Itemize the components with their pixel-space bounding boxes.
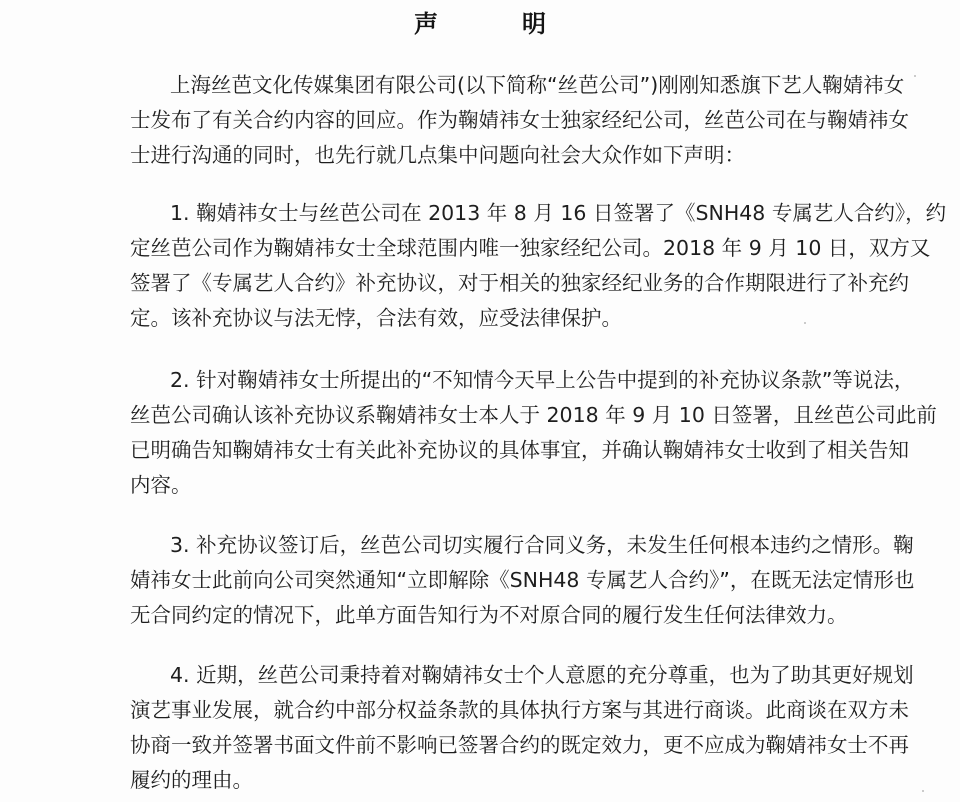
point-1-line-1: 1. 鞠婧祎女士与丝芭公司在 2013 年 8 月 16 日签署了《SNH48 … xyxy=(170,200,785,226)
scan-speck xyxy=(914,75,916,77)
point-1-line-4: 定。该补充协议与法无悖，合法有效，应受法律保护。 xyxy=(130,305,785,331)
point-3-line-1: 3. 补充协议签订后，丝芭公司切实履行合同义务，未发生任何根本违约之情形。鞠 xyxy=(170,532,785,558)
point-1-line-3: 签署了《专属艺人合约》补充协议，对于相关的独家经纪业务的合作期限进行了补充约 xyxy=(130,270,785,296)
document-title: 声 明 xyxy=(0,4,960,39)
point-2-line-4: 内容。 xyxy=(130,472,785,498)
document-page: 声 明 上海丝芭文化传媒集团有限公司(以下简称“丝芭公司”)刚刚知悉旗下艺人鞠婧… xyxy=(0,0,960,802)
point-1-line-2: 定丝芭公司作为鞠婧祎女士全球范围内唯一独家经纪公司。2018 年 9 月 10 … xyxy=(130,235,785,261)
scan-speck xyxy=(804,322,806,324)
point-4-line-1: 4. 近期，丝芭公司秉持着对鞠婧祎女士个人意愿的充分尊重，也为了助其更好规划 xyxy=(170,662,785,688)
point-2-line-2: 丝芭公司确认该补充协议系鞠婧祎女士本人于 2018 年 9 月 10 日签署，且… xyxy=(130,402,785,428)
intro-line-2: 士发布了有关合约内容的回应。作为鞠婧祎女士独家经纪公司，丝芭公司在与鞠婧祎女 xyxy=(130,107,785,133)
scan-speck xyxy=(922,790,924,792)
point-3-line-2: 婧祎女士此前向公司突然通知“立即解除《SNH48 专属艺人合约》”，在既无法定情… xyxy=(130,567,785,593)
intro-line-3: 士进行沟通的同时，也先行就几点集中问题向社会大众作如下声明： xyxy=(130,142,785,168)
intro-line-1: 上海丝芭文化传媒集团有限公司(以下简称“丝芭公司”)刚刚知悉旗下艺人鞠婧祎女 xyxy=(170,72,785,98)
point-4-line-3: 协商一致并签署书面文件前不影响已签署合约的既定效力，更不应成为鞠婧祎女士不再 xyxy=(130,732,785,758)
point-2-line-3: 已明确告知鞠婧祎女士有关此补充协议的具体事宜，并确认鞠婧祎女士收到了相关告知 xyxy=(130,437,785,463)
point-4-line-2: 演艺事业发展，就合约中部分权益条款的具体执行方案与其进行商谈。此商谈在双方未 xyxy=(130,697,785,723)
point-3-line-3: 无合同约定的情况下，此单方面告知行为不对原合同的履行发生任何法律效力。 xyxy=(130,602,785,628)
point-4-line-4: 履约的理由。 xyxy=(130,767,785,793)
point-2-line-1: 2. 针对鞠婧祎女士所提出的“不知情今天早上公告中提到的补充协议条款”等说法， xyxy=(170,367,785,393)
